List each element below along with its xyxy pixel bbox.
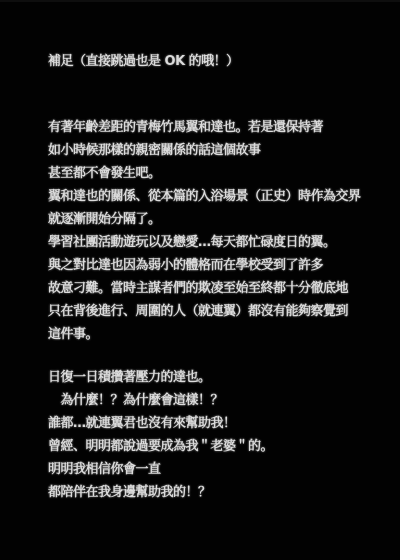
text-line: 就逐漸開始分隔了。 [48, 208, 374, 231]
scanned-text-page: 補足（直接跳過也是 OK 的哦！） 有著年齡差距的青梅竹馬翼和達也。若是還保持著… [0, 0, 400, 560]
text-line: 都陪伴在我身邊幫助我的！？ [48, 481, 374, 504]
paragraph-monologue: 日復一日積攢著壓力的達也。 為什麼！？為什麼會這樣！？ 誰都…就連翼君也沒有來幫… [48, 366, 374, 504]
text-line: 這件事。 [48, 323, 374, 346]
text-line: 如小時候那樣的親密關係的話這個故事 [48, 139, 374, 162]
text-line: 為什麼！？為什麼會這樣！？ [48, 389, 374, 412]
text-line: 明明我相信你會一直 [48, 458, 374, 481]
page-title: 補足（直接跳過也是 OK 的哦！） [48, 50, 374, 73]
text-line: 翼和達也的關係、從本篇的入浴場景（正史）時作為交界 [48, 185, 374, 208]
paragraph-story-notes: 有著年齡差距的青梅竹馬翼和達也。若是還保持著 如小時候那樣的親密關係的話這個故事… [48, 116, 374, 346]
text-line: 學習社團活動遊玩以及戀愛…每天都忙碌度日的翼。 [48, 231, 374, 254]
text-line: 甚至都不會發生吧。 [48, 162, 374, 185]
text-line: 日復一日積攢著壓力的達也。 [48, 366, 374, 389]
text-line: 曾經、明明都說過要成為我＂老婆＂的。 [48, 435, 374, 458]
text-line: 與之對比達也因為弱小的體格而在學校受到了許多 [48, 254, 374, 277]
text-line: 誰都…就連翼君也沒有來幫助我！ [48, 412, 374, 435]
text-line: 有著年齡差距的青梅竹馬翼和達也。若是還保持著 [48, 116, 374, 139]
text-line: 故意刁難。當時主謀者們的欺凌至始至終都十分徹底地 [48, 277, 374, 300]
text-line: 只在背後進行、周圍的人（就連翼）都沒有能夠察覺到 [48, 300, 374, 323]
